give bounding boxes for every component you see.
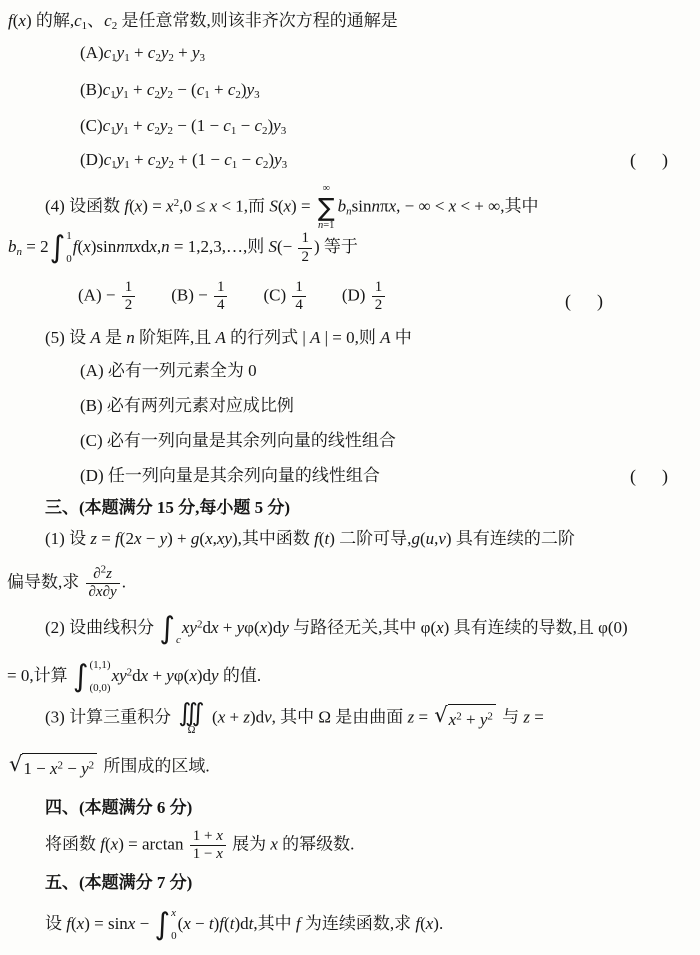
lower-limit: 0 [66, 254, 72, 265]
q5-choice-a: (A) 必有一列元素全为 0 [80, 358, 257, 384]
big-operator: ∫10 [50, 230, 72, 266]
math-variable: x [171, 907, 176, 919]
math-variable: c [254, 116, 262, 135]
text-run: ( [208, 707, 218, 726]
text-run: ) [597, 291, 603, 311]
math-variable: v [438, 529, 446, 548]
math-variable: x [133, 237, 141, 256]
math-variable: c [176, 634, 181, 646]
operator-limits: x0 [170, 907, 177, 943]
text-run: (C) [263, 286, 290, 305]
math-sub: 3 [281, 125, 287, 137]
math-variable: x [189, 666, 197, 685]
limits-operator: ∞∑n=1 [318, 183, 335, 232]
text-run: ( [630, 466, 636, 486]
text-run: 2 [301, 249, 309, 265]
scanned-exam-page: f(x) 的解,c1、c2 是任意常数,则该非齐次方程的通解是(A)c1y1 +… [0, 0, 700, 955]
math-variable: z [106, 566, 112, 582]
math-variable: x [389, 196, 397, 215]
math-variable: v [264, 707, 272, 726]
continued-question-stem: f(x) 的解,c1、c2 是任意常数,则该非齐次方程的通解是 [8, 8, 398, 34]
text-run: ) = [142, 196, 166, 215]
math-variable: xy [112, 666, 127, 685]
text-run: (C) [80, 116, 103, 135]
denominator: 1 − x [190, 845, 226, 863]
text-run: (1,1) [89, 659, 110, 671]
text-run: − [191, 914, 209, 933]
text-run: π [125, 237, 134, 256]
fraction: 12 [372, 279, 386, 315]
text-run: 是任意常数,则该非齐次方程的通解是 [117, 11, 398, 30]
math-variable: n [116, 237, 125, 256]
math-variable: u [426, 529, 435, 548]
math-variable: c [104, 11, 112, 30]
math-variable: z [523, 707, 530, 726]
math-variable: x [270, 835, 278, 854]
text-run: (D) 任一列向量是其余列向量的线性组合 [80, 466, 380, 485]
text-run: + (1 − [174, 150, 224, 169]
text-run: 与路径无关,其中 φ( [289, 618, 436, 637]
text-run: )d [234, 914, 248, 933]
text-run: 2 [125, 297, 133, 313]
text-run: , − ∞ < [396, 196, 449, 215]
math-variable: y [160, 529, 168, 548]
text-run: ). [433, 914, 443, 933]
text-run: 所围成的区域. [99, 756, 210, 775]
math-variable: A [310, 328, 320, 347]
text-run: ∂ [93, 566, 100, 582]
math-variable: x [166, 196, 174, 215]
operator-glyph-icon: ∑ [318, 195, 335, 220]
text-run: + [174, 43, 192, 62]
math-sub: 3 [200, 52, 206, 64]
text-run: − [236, 116, 254, 135]
text-run: )d [250, 707, 264, 726]
math-variable: A [380, 328, 390, 347]
math-variable: n [126, 328, 135, 347]
math-sup: 2 [487, 711, 493, 723]
math-variable: x [216, 828, 223, 844]
text-run: (A) − [78, 286, 120, 305]
operator-limits: (1,1)(0,0) [88, 659, 110, 695]
math-variable: n [161, 237, 170, 256]
integral-icon: ∫ [73, 662, 89, 692]
text-run: d [132, 666, 141, 685]
q4-choices-row: (A) − 12(B) − 14(C) 14(D) 12 [78, 279, 387, 315]
text-run: 1 [301, 230, 309, 246]
math-sup: 2 [89, 760, 95, 772]
text-run: ),其中函数 [232, 529, 314, 548]
text-run: 的幂级数. [278, 835, 355, 854]
text-run: + [219, 618, 237, 637]
math-variable: x [183, 914, 191, 933]
section-3-heading: 三、(本题满分 15 分,每小题 5 分) [45, 495, 290, 521]
text-run: Ω [188, 725, 196, 736]
s3-q2-line1: (2) 设曲线积分 ∫cxy2dx + yφ(x)dy 与路径无关,其中 φ(x… [45, 611, 628, 647]
text-run: )sin [91, 237, 117, 256]
text-run: (C) 必有一列向量是其余列向量的线性组合 [80, 431, 396, 450]
text-run: 的行列式 | [226, 328, 310, 347]
q5-choice-c: (C) 必有一列向量是其余列向量的线性组合 [80, 428, 396, 454]
lower-limit: 0 [171, 931, 177, 942]
text-run: 1 + [193, 828, 216, 844]
text-run: (3) 计算三重积分 [45, 707, 175, 726]
answer-blank-4: () [565, 288, 603, 314]
text-run: = 0,计算 [7, 666, 72, 685]
operator-limits: 10 [65, 230, 72, 266]
answer-blank-1: () [630, 147, 668, 173]
text-run: 是 [101, 328, 127, 347]
q4-stem-line1: (4) 设函数 f(x) = x2,0 ≤ x < 1,而 S(x) = ∞∑n… [45, 183, 539, 232]
math-variable: y [81, 759, 89, 778]
math-variable: n [371, 196, 380, 215]
choice-a: (A)c1y1 + c2y2 + y3 [80, 40, 205, 66]
lower-limit: Ω [188, 725, 196, 737]
text-run: < + ∞,其中 [456, 196, 538, 215]
math-variable: y [281, 618, 289, 637]
text-run: )d [267, 618, 281, 637]
s3-q2-line2: = 0,计算 ∫(1,1)(0,0)xy2dx + yφ(x)dy 的值. [7, 659, 261, 695]
text-run: ) 等于 [314, 237, 358, 256]
upper-limit: (1,1) [89, 660, 110, 671]
radicand: 1 − x2 − y2 [22, 753, 97, 782]
q5-choice-d: (D) 任一列向量是其余列向量的线性组合 [80, 463, 380, 489]
choice-d: (D)c1y1 + c2y2 + (1 − c1 − c2)y3 [80, 147, 287, 173]
math-variable: y [273, 116, 281, 135]
math-variable: S [269, 196, 278, 215]
radical-sign-icon: √ [434, 704, 447, 727]
fraction: 14 [292, 279, 306, 315]
math-sub: 3 [254, 89, 260, 101]
numerator: 1 + x [190, 828, 226, 845]
text-run: − ( [173, 80, 197, 99]
square-root: √x2 + y2 [434, 704, 496, 733]
big-operator: ∫c [159, 611, 181, 647]
text-run: 1 [125, 279, 133, 295]
limits-operator: ∭Ω [178, 700, 204, 737]
text-run: ) 二阶可导, [329, 529, 411, 548]
text-run: 与 [498, 707, 524, 726]
math-variable: c [74, 11, 82, 30]
text-run: (2 [120, 529, 134, 548]
text-run: 偏导数,求 [7, 573, 84, 592]
math-variable: xy [217, 529, 232, 548]
q5-choice-b: (B) 必有两列元素对应成比例 [80, 393, 294, 419]
text-run: = [414, 707, 432, 726]
text-run: = [97, 529, 115, 548]
text-run: 1 − [23, 759, 50, 778]
math-variable: c [255, 150, 263, 169]
text-run: π [380, 196, 389, 215]
lower-limit: (0,0) [89, 683, 110, 694]
text-run: ) 的解, [26, 11, 74, 30]
text-run: − [63, 759, 81, 778]
text-run: 将函数 [45, 835, 100, 854]
choice-c: (C)c1y1 + c2y2 − (1 − c1 − c2)y3 [80, 113, 286, 139]
math-variable: g [411, 529, 420, 548]
math-variable: y [237, 618, 245, 637]
math-variable: A [215, 328, 225, 347]
math-variable: y [166, 666, 174, 685]
big-operator: ∫x0 [154, 907, 176, 943]
math-variable: y [110, 584, 117, 600]
square-root: √1 − x2 − y2 [9, 753, 97, 782]
text-run: 展为 [228, 835, 271, 854]
choice-b: (B)c1y1 + c2y2 − (c1 + c2)y3 [80, 77, 260, 103]
numerator: ∂2z [90, 566, 115, 583]
text-run: (D) [80, 150, 104, 169]
operator-glyph-icon: ∭ [178, 700, 204, 725]
text-run: 、 [87, 11, 104, 30]
radical-sign-icon: √ [9, 753, 22, 776]
text-run: 1 − [193, 846, 216, 862]
q4-stem-line2: bn = 2∫10f(x)sinnπxdx,n = 1,2,3,…,则 S(− … [8, 230, 358, 266]
math-variable: x [134, 529, 142, 548]
fraction: ∂2z∂x∂y [86, 566, 120, 602]
denominator: 2 [298, 248, 312, 266]
text-run: ( [630, 150, 636, 170]
text-run: (0,0) [89, 682, 110, 694]
text-run: 为连续函数,求 [301, 914, 416, 933]
text-run: + [130, 43, 148, 62]
lower-limit: c [176, 635, 181, 646]
text-run: ) 具有连续的二阶 [446, 529, 575, 548]
text-run: − [135, 914, 153, 933]
text-run: (B) 必有两列元素对应成比例 [80, 396, 294, 415]
integral-icon: ∫ [159, 614, 175, 644]
text-run: ) 具有连续的导数,且 φ(0) [444, 618, 628, 637]
fraction: 12 [122, 279, 136, 315]
text-run: + [129, 80, 147, 99]
section-4-heading: 四、(本题满分 6 分) [45, 795, 192, 821]
math-variable: y [247, 80, 255, 99]
math-variable: x [211, 618, 219, 637]
integral-icon: ∫ [50, 233, 66, 263]
numerator: 1 [298, 230, 312, 247]
text-run: = [530, 707, 544, 726]
fraction: 1 + x1 − x [190, 828, 226, 864]
text-run: (B) − [171, 286, 212, 305]
text-run: . [122, 573, 126, 592]
text-run: (A) 必有一列元素全为 0 [80, 361, 257, 380]
math-variable: x [149, 237, 157, 256]
math-variable: b [338, 196, 347, 215]
math-sub: 3 [282, 159, 288, 171]
text-run: ) = sin [84, 914, 128, 933]
text-run: 2 [375, 297, 383, 313]
section-5-heading: 五、(本题满分 7 分) [45, 870, 192, 896]
math-variable: c [223, 116, 231, 135]
text-run: (1) 设 [45, 529, 90, 548]
math-variable: x [50, 759, 58, 778]
text-run: 设 [45, 914, 66, 933]
math-variable: x [216, 846, 223, 862]
text-run: 的值. [219, 666, 262, 685]
text-run: ,0 ≤ [179, 196, 210, 215]
text-run: ) [662, 150, 668, 170]
text-run: 4 [295, 297, 303, 313]
text-run: 1 [375, 279, 383, 295]
text-run: ) [662, 466, 668, 486]
denominator: 2 [372, 296, 386, 314]
text-run: 四、(本题满分 6 分) [45, 798, 192, 817]
text-run: + [148, 666, 166, 685]
s3-q1-line1: (1) 设 z = f(2x − y) + g(x,xy),其中函数 f(t) … [45, 526, 575, 552]
text-run: | = 0,则 [320, 328, 380, 347]
math-variable: z [90, 529, 97, 548]
text-run: < 1,而 [217, 196, 269, 215]
big-operator: ∫(1,1)(0,0) [73, 659, 111, 695]
text-run: φ( [244, 618, 259, 637]
text-run: − [142, 529, 160, 548]
text-run: 三、(本题满分 15 分,每小题 5 分) [45, 498, 290, 517]
math-variable: z [243, 707, 250, 726]
text-run: 1 [66, 230, 72, 242]
text-run: 阶矩阵,且 [135, 328, 216, 347]
text-run: 1 [295, 279, 303, 295]
radicand: x2 + y2 [448, 704, 496, 733]
text-run: (5) 设 [45, 328, 90, 347]
section-5-body: 设 f(x) = sinx − ∫x0(x − t)f(t)dt,其中 f 为连… [45, 907, 443, 943]
numerator: 1 [214, 279, 228, 296]
math-variable: y [274, 150, 282, 169]
text-run: ) + [167, 529, 191, 548]
text-run: = 2 [22, 237, 49, 256]
answer-blank-5: () [630, 463, 668, 489]
text-run: = 1,2,3,…,则 [170, 237, 269, 256]
text-run: + [462, 710, 480, 729]
math-variable: y [192, 43, 200, 62]
text-run: (D) [342, 286, 370, 305]
text-run: ,其中 [253, 914, 296, 933]
denominator: ∂x∂y [86, 583, 120, 601]
text-run: sin [352, 196, 372, 215]
math-variable: x [96, 584, 103, 600]
text-run: 1 [217, 279, 225, 295]
s3-q3-line1: (3) 计算三重积分 ∭Ω (x + z)dv, 其中 Ω 是由曲面 z = √… [45, 700, 544, 737]
text-run: + [130, 150, 148, 169]
integral-icon: ∫ [154, 910, 170, 940]
numerator: 1 [372, 279, 386, 296]
text-run: ) = arctan [118, 835, 188, 854]
text-run: 中 [391, 328, 412, 347]
math-variable: x [283, 196, 291, 215]
text-run: ) = [291, 196, 315, 215]
upper-limit: x [171, 908, 177, 919]
text-run: (B) [80, 80, 103, 99]
fraction: 12 [298, 230, 312, 266]
text-run: + [129, 116, 147, 135]
text-run: ∂ [103, 584, 110, 600]
text-run: 0 [171, 930, 177, 942]
text-run: 五、(本题满分 7 分) [45, 873, 192, 892]
text-run: 4 [217, 297, 225, 313]
denominator: 2 [122, 296, 136, 314]
text-run: (4) 设函数 [45, 196, 124, 215]
text-run: ( [565, 291, 571, 311]
text-run: )d [197, 666, 211, 685]
numerator: 1 [292, 279, 306, 296]
text-run: + [210, 80, 228, 99]
math-variable: x [436, 618, 444, 637]
text-run: (A) [80, 43, 104, 62]
text-run: 0 [66, 253, 72, 265]
math-variable: x [18, 11, 26, 30]
text-run: − [237, 150, 255, 169]
math-variable: S [268, 237, 277, 256]
math-variable: A [90, 328, 100, 347]
text-run: ∂ [89, 584, 96, 600]
text-run: (2) 设曲线积分 [45, 618, 158, 637]
text-run: (− [277, 237, 297, 256]
numerator: 1 [122, 279, 136, 296]
section-4-body: 将函数 f(x) = arctan 1 + x1 − x 展为 x 的幂级数. [45, 828, 354, 864]
text-run: d [202, 618, 211, 637]
math-variable: x [83, 237, 91, 256]
math-variable: xy [182, 618, 197, 637]
operator-limits: c [175, 611, 181, 647]
text-run: − (1 − [173, 116, 223, 135]
math-variable: c [224, 150, 232, 169]
math-variable: b [8, 237, 17, 256]
s3-q3-line2: √1 − x2 − y2 所围成的区域. [7, 753, 210, 782]
s3-q1-line2: 偏导数,求 ∂2z∂x∂y. [7, 566, 126, 602]
math-variable: x [205, 529, 213, 548]
q5-stem: (5) 设 A 是 n 阶矩阵,且 A 的行列式 | A | = 0,则 A 中 [45, 325, 412, 351]
text-run: φ( [174, 666, 189, 685]
text-run: + [225, 707, 243, 726]
denominator: 4 [292, 296, 306, 314]
math-variable: y [211, 666, 219, 685]
denominator: 4 [214, 296, 228, 314]
fraction: 14 [214, 279, 228, 315]
upper-limit: 1 [66, 231, 72, 242]
text-run: , 其中 Ω 是由曲面 [272, 707, 408, 726]
